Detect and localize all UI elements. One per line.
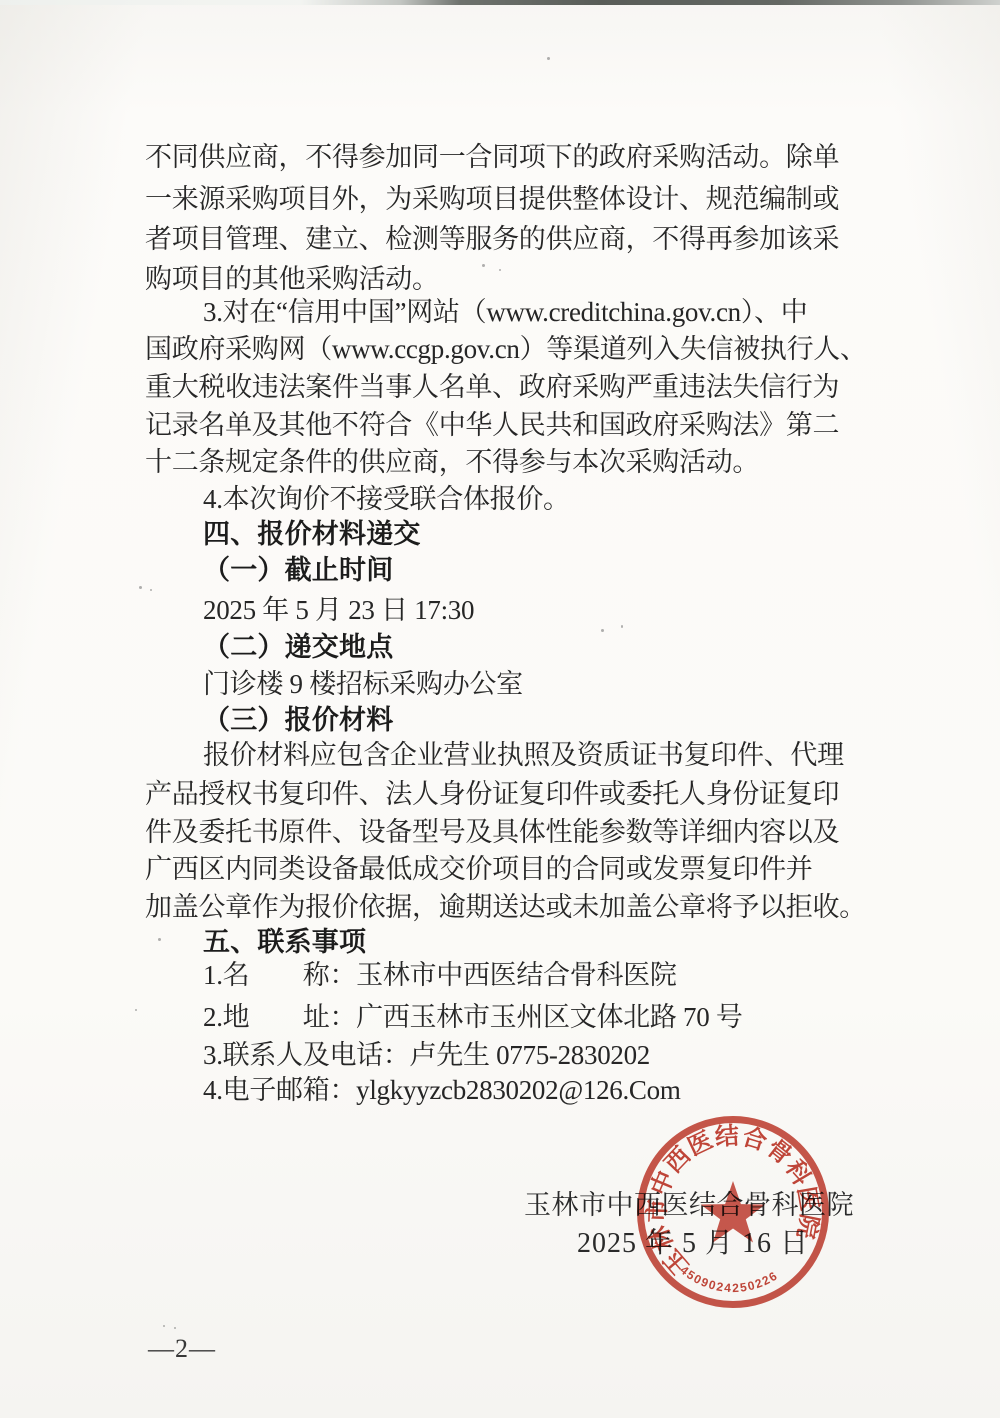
section-heading: （三）报价材料 — [203, 698, 393, 737]
section-heading: 四、报价材料递交 — [203, 512, 421, 551]
seal-star-icon — [701, 1181, 766, 1243]
text-line: 件及委托书原件、设备型号及具体性能参数等详细内容以及 — [145, 810, 839, 849]
text-line: 重大税收违法案件当事人名单、政府采购严重违法失信行为 — [145, 365, 839, 404]
text-line: 一来源采购项目外，为采购项目提供整体设计、规范编制或 — [145, 177, 839, 216]
seal-serial-number: 4509024250226 — [677, 1263, 780, 1295]
scan-speck — [601, 629, 604, 632]
scan-speck — [482, 264, 485, 267]
text-line: 国政府采购网（www.ccgp.gov.cn）等渠道列入失信被执行人、 — [145, 327, 867, 366]
scan-speck — [174, 1327, 176, 1329]
text-line: 2025 年 5 月 23 日 17:30 — [203, 588, 474, 627]
scan-speck — [499, 269, 501, 271]
official-seal: 玉林市中西医结合骨科医院 4509024250226 — [633, 1112, 833, 1312]
scan-top-edge-artifact — [0, 0, 1000, 5]
scan-speck — [150, 589, 152, 591]
text-line: 4.本次询价不接受联合体报价。 — [203, 477, 570, 516]
text-line: 加盖公章作为报价依据，逾期送达或未加盖公章将予以拒收。 — [145, 885, 866, 924]
text-line: 者项目管理、建立、检测等服务的供应商，不得再参加该采 — [145, 217, 839, 256]
text-line: 不同供应商，不得参加同一合同项下的政府采购活动。除单 — [145, 135, 839, 174]
contact-phone-line: 3.联系人及电话：卢先生 0775-2830202 — [203, 1033, 650, 1072]
scan-speck — [621, 625, 623, 628]
section-heading: （一）截止时间 — [203, 548, 393, 587]
contact-address-line: 2.地 址：广西玉林市玉州区文体北路 70 号 — [203, 995, 743, 1034]
scan-speck — [158, 938, 161, 941]
scan-speck — [163, 1325, 165, 1327]
scan-speck — [139, 586, 142, 589]
document-scan-page: 不同供应商，不得参加同一合同项下的政府采购活动。除单 一来源采购项目外，为采购项… — [0, 0, 1000, 1418]
text-line: 门诊楼 9 楼招标采购办公室 — [203, 662, 523, 701]
text-line: 十二条规定条件的供应商，不得参与本次采购活动。 — [145, 440, 759, 479]
section-heading: （二）递交地点 — [203, 625, 393, 664]
scan-speck — [135, 1009, 137, 1011]
text-line: 广西区内同类设备最低成交价项目的合同或发票复印件并 — [145, 847, 813, 886]
scan-speck — [547, 57, 550, 60]
contact-email-line: 4.电子邮箱：ylgkyyzcb2830202@126.Com — [203, 1068, 681, 1107]
text-line: 3.对在“信用中国”网站（www.creditchina.gov.cn）、中 — [203, 290, 807, 329]
page-number: —2— — [148, 1334, 216, 1364]
contact-name-line: 1.名 称：玉林市中西医结合骨科医院 — [203, 953, 677, 992]
text-line: 记录名单及其他不符合《中华人民共和国政府采购法》第二 — [145, 403, 839, 442]
text-line: 报价材料应包含企业营业执照及资质证书复印件、代理 — [203, 733, 844, 772]
text-line: 产品授权书复印件、法人身份证复印件或委托人身份证复印 — [145, 772, 839, 811]
